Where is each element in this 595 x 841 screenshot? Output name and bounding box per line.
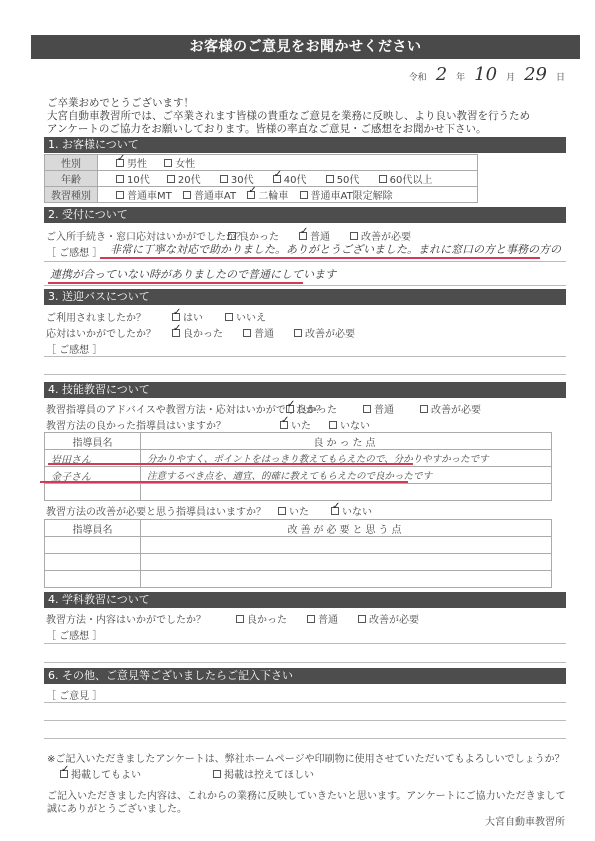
table-row bbox=[45, 484, 552, 501]
option-60s-plus[interactable]: 60代以上 bbox=[379, 171, 433, 186]
academic-comment-label: ［ ご感想 ］ bbox=[46, 627, 102, 642]
instructor-advice-row: 教習指導員のアドバイスや教習方法・応対はいかがでしたか？ 良かった 普通 改善が… bbox=[46, 401, 495, 416]
improve-instructor-question: 教習方法の改善が必要と思う指導員はいますか？ bbox=[46, 503, 278, 518]
section-academic-header: 4. 学科教習について bbox=[44, 592, 566, 608]
checkbox-icon[interactable] bbox=[228, 232, 236, 240]
option-label: 掲載してもよい bbox=[71, 766, 141, 781]
closing-text: ご記入いただきました内容は、これからの業務に反映していきたいと思います。アンケー… bbox=[47, 790, 587, 816]
option-no[interactable]: いいえ bbox=[225, 309, 266, 324]
option-label: 普通車AT限定解除 bbox=[311, 187, 393, 202]
section-bus-header: 3. 送迎バスについて bbox=[44, 289, 566, 305]
underline-mark bbox=[48, 463, 413, 465]
checkbox-icon[interactable] bbox=[278, 507, 286, 515]
comment-line[interactable] bbox=[44, 643, 566, 644]
reception-comment-line2[interactable]: 連携が合っていない時がありましたので普通にしています bbox=[50, 266, 336, 282]
option-at-limit-removal[interactable]: 普通車AT限定解除 bbox=[300, 187, 393, 202]
checkbox-icon[interactable] bbox=[326, 175, 334, 183]
intro-line: ご卒業おめでとうございます！ bbox=[47, 97, 587, 110]
reception-comment-label: ［ ご感想 ］ bbox=[46, 244, 102, 259]
checkbox-checked-icon[interactable] bbox=[60, 770, 68, 778]
course-label: 教習種別 bbox=[45, 187, 98, 203]
bus-usage-question: ご利用されましたか？ bbox=[46, 309, 172, 324]
option-label: 改善が必要 bbox=[305, 325, 355, 340]
option-male[interactable]: 男性 bbox=[116, 155, 147, 170]
option-label: 普通 bbox=[318, 611, 338, 626]
option-normal[interactable]: 普通 bbox=[307, 611, 338, 626]
good-point-cell[interactable] bbox=[141, 484, 552, 501]
option-label: 改善が必要 bbox=[431, 401, 481, 416]
section-driving-lessons-header: 4. 技能教習について bbox=[44, 382, 566, 398]
checkbox-checked-icon[interactable] bbox=[331, 507, 339, 515]
table-row-age: 年齢 10代 20代 30代 40代 50代 60代以上 bbox=[45, 171, 478, 187]
reception-comment-line1[interactable]: 非常に丁寧な対応で助かりました。ありがとうございました。まれに窓口の方と事務の方… bbox=[110, 241, 561, 257]
option-normal[interactable]: 普通 bbox=[243, 325, 274, 340]
option-label: 40代 bbox=[284, 171, 307, 186]
column-header-instructor: 指導員名 bbox=[45, 520, 141, 537]
checkbox-icon[interactable] bbox=[420, 405, 428, 413]
intro-line: 大宮自動車教習所では、ご卒業されます皆様の貴重なご意見を業務に反映し、より良い教… bbox=[47, 110, 587, 123]
option-female[interactable]: 女性 bbox=[164, 155, 195, 170]
improve-instructor-row: 教習方法の改善が必要と思う指導員はいますか？ いた いない bbox=[46, 503, 386, 518]
checkbox-icon[interactable] bbox=[116, 175, 124, 183]
comment-line bbox=[44, 261, 566, 262]
section-other-header: 6. その他、ご意見等ございましたらご記入下さい bbox=[44, 668, 566, 684]
academic-question: 教習方法・内容はいかがでしたか？ bbox=[46, 611, 236, 626]
checkbox-icon[interactable] bbox=[363, 405, 371, 413]
option-label: 女性 bbox=[175, 155, 195, 170]
checkbox-checked-icon[interactable] bbox=[172, 313, 180, 321]
checkbox-checked-icon[interactable] bbox=[116, 159, 124, 167]
checkbox-icon[interactable] bbox=[329, 421, 337, 429]
checkbox-checked-icon[interactable] bbox=[247, 191, 255, 199]
option-good[interactable]: 良かった bbox=[236, 611, 287, 626]
date-month-unit: 月 bbox=[506, 70, 515, 83]
instructor-name-cell[interactable] bbox=[45, 571, 141, 588]
checkbox-icon[interactable] bbox=[243, 329, 251, 337]
option-label: 普通車MT bbox=[127, 187, 172, 202]
comment-line[interactable] bbox=[44, 738, 566, 739]
option-motorcycle[interactable]: 二輪車 bbox=[247, 187, 288, 202]
date-field: 令和 2 年 10 月 29 日 bbox=[409, 64, 565, 86]
checkbox-icon[interactable] bbox=[167, 175, 175, 183]
date-era: 令和 bbox=[409, 70, 427, 83]
option-no[interactable]: いない bbox=[329, 417, 370, 432]
closing-line: ご記入いただきました内容は、これからの業務に反映していきたいと思います。アンケー… bbox=[47, 790, 587, 803]
option-no[interactable]: いない bbox=[331, 503, 372, 518]
date-year-unit: 年 bbox=[456, 70, 465, 83]
improve-point-cell[interactable] bbox=[141, 537, 552, 554]
checkbox-icon[interactable] bbox=[225, 313, 233, 321]
option-label: 掲載は控えてほしい bbox=[224, 766, 314, 781]
date-year[interactable]: 2 bbox=[436, 64, 447, 85]
option-10s[interactable]: 10代 bbox=[116, 171, 150, 186]
course-options: 普通車MT 普通車AT 二輪車 普通車AT限定解除 bbox=[98, 187, 478, 203]
closing-line: 誠にありがとうございました。 bbox=[47, 803, 587, 816]
checkbox-icon[interactable] bbox=[164, 159, 172, 167]
option-at[interactable]: 普通車AT bbox=[183, 187, 236, 202]
option-label: 良かった bbox=[183, 325, 223, 340]
checkbox-icon[interactable] bbox=[358, 615, 366, 623]
consent-question: ※ご記入いただきましたアンケートは、弊社ホームページや印刷物に使用させていただい… bbox=[47, 753, 587, 766]
improve-point-cell[interactable] bbox=[141, 571, 552, 588]
checkbox-icon[interactable] bbox=[236, 615, 244, 623]
date-month[interactable]: 10 bbox=[474, 64, 497, 85]
section-customer-header: 1. お客様について bbox=[44, 137, 566, 153]
bus-comment-label: ［ ご感想 ］ bbox=[46, 341, 102, 356]
table-row bbox=[45, 554, 552, 571]
checkbox-icon[interactable] bbox=[300, 191, 308, 199]
bus-service-question: 応対はいかがでしたか？ bbox=[46, 325, 172, 340]
instructor-name-cell[interactable] bbox=[45, 554, 141, 571]
option-label: いいえ bbox=[236, 309, 266, 324]
form-title: お客様のご意見をお聞かせください bbox=[31, 35, 580, 59]
signature: 大宮自動車教習所 bbox=[485, 816, 565, 829]
good-instructor-question: 教習方法の良かった指導員はいますか？ bbox=[46, 417, 280, 432]
option-label: 10代 bbox=[127, 171, 150, 186]
instructor-name-cell[interactable] bbox=[45, 484, 141, 501]
improve-instructor-table: 指導員名 改善が必要と思う点 bbox=[44, 519, 552, 588]
checkbox-icon[interactable] bbox=[307, 615, 315, 623]
option-good[interactable]: 良かった bbox=[286, 401, 337, 416]
option-label: 二輪車 bbox=[258, 187, 288, 202]
option-label: 男性 bbox=[127, 155, 147, 170]
option-label: 良かった bbox=[297, 401, 337, 416]
age-label: 年齢 bbox=[45, 171, 98, 187]
checkbox-checked-icon[interactable] bbox=[273, 175, 281, 183]
underline-mark bbox=[40, 481, 408, 483]
age-options: 10代 20代 30代 40代 50代 60代以上 bbox=[98, 171, 478, 187]
comment-line[interactable] bbox=[44, 662, 566, 663]
option-needs-improvement[interactable]: 改善が必要 bbox=[358, 611, 419, 626]
option-label: 普通 bbox=[374, 401, 394, 416]
date-day[interactable]: 29 bbox=[524, 64, 547, 85]
table-row-course: 教習種別 普通車MT 普通車AT 二輪車 普通車AT限定解除 bbox=[45, 187, 478, 203]
option-allow-publish[interactable]: 掲載してもよい bbox=[60, 766, 141, 781]
option-label: 良かった bbox=[247, 611, 287, 626]
column-header-improve-points: 改善が必要と思う点 bbox=[141, 520, 552, 537]
column-header-good-points: 良かった点 bbox=[141, 433, 552, 450]
option-50s[interactable]: 50代 bbox=[326, 171, 360, 186]
option-label: はい bbox=[183, 309, 203, 324]
bus-service-row: 応対はいかがでしたか？ 良かった 普通 改善が必要 bbox=[46, 325, 369, 340]
instructor-name-cell[interactable] bbox=[45, 537, 141, 554]
checkbox-icon[interactable] bbox=[350, 232, 358, 240]
option-needs-improvement[interactable]: 改善が必要 bbox=[294, 325, 355, 340]
comment-line[interactable] bbox=[44, 720, 566, 721]
option-label: いた bbox=[289, 503, 309, 518]
checkbox-icon[interactable] bbox=[116, 191, 124, 199]
instructor-advice-question: 教習指導員のアドバイスや教習方法・応対はいかがでしたか？ bbox=[46, 401, 286, 416]
underline-mark bbox=[100, 257, 540, 259]
comment-line bbox=[44, 285, 566, 286]
option-label: いない bbox=[340, 417, 370, 432]
good-instructor-table: 指導員名 良かった点 岩田さん 分かりやすく、ポイントをはっきり教えてもらえたの… bbox=[44, 432, 552, 501]
checkbox-checked-icon[interactable] bbox=[172, 329, 180, 337]
option-yes[interactable]: いた bbox=[278, 503, 309, 518]
consent-options-row: 掲載してもよい 掲載は控えてほしい bbox=[60, 766, 328, 781]
option-label: 改善が必要 bbox=[369, 611, 419, 626]
option-normal[interactable]: 普通 bbox=[363, 401, 394, 416]
option-label: いない bbox=[342, 503, 372, 518]
option-label: 普通車AT bbox=[194, 187, 236, 202]
intro-text: ご卒業おめでとうございます！ 大宮自動車教習所では、ご卒業されます皆様の貴重なご… bbox=[47, 97, 587, 136]
intro-line: アンケートのご協力をお願いしております。皆様の率直なご意見・ご感想をお聞かせ下さ… bbox=[47, 123, 587, 136]
gender-label: 性別 bbox=[45, 155, 98, 171]
improve-point-cell[interactable] bbox=[141, 554, 552, 571]
option-label: 60代以上 bbox=[390, 171, 433, 186]
option-good[interactable]: 良かった bbox=[172, 325, 223, 340]
checkbox-checked-icon[interactable] bbox=[280, 421, 288, 429]
table-row bbox=[45, 571, 552, 588]
underline-mark bbox=[48, 282, 303, 284]
option-label: 20代 bbox=[178, 171, 201, 186]
checkbox-checked-icon[interactable] bbox=[286, 405, 294, 413]
option-decline-publish[interactable]: 掲載は控えてほしい bbox=[213, 766, 314, 781]
checkbox-icon[interactable] bbox=[213, 770, 221, 778]
table-header-row: 指導員名 改善が必要と思う点 bbox=[45, 520, 552, 537]
option-20s[interactable]: 20代 bbox=[167, 171, 201, 186]
option-yes[interactable]: いた bbox=[280, 417, 311, 432]
customer-info-table: 性別 男性 女性 年齢 10代 20代 30代 40代 50代 60代以上 教習… bbox=[44, 154, 478, 203]
comment-line[interactable] bbox=[44, 702, 566, 703]
option-label: いた bbox=[291, 417, 311, 432]
checkbox-icon[interactable] bbox=[183, 191, 191, 199]
gender-options: 男性 女性 bbox=[98, 155, 478, 171]
comment-line[interactable] bbox=[44, 374, 566, 375]
table-header-row: 指導員名 良かった点 bbox=[45, 433, 552, 450]
section-reception-header: 2. 受付について bbox=[44, 207, 566, 223]
option-label: 50代 bbox=[337, 171, 360, 186]
checkbox-checked-icon[interactable] bbox=[299, 232, 307, 240]
column-header-instructor: 指導員名 bbox=[45, 433, 141, 450]
table-row bbox=[45, 537, 552, 554]
good-instructor-row: 教習方法の良かった指導員はいますか？ いた いない bbox=[46, 417, 384, 432]
option-40s[interactable]: 40代 bbox=[273, 171, 307, 186]
comment-line[interactable] bbox=[44, 356, 566, 357]
table-row-gender: 性別 男性 女性 bbox=[45, 155, 478, 171]
option-label: 普通 bbox=[254, 325, 274, 340]
checkbox-icon[interactable] bbox=[294, 329, 302, 337]
academic-question-row: 教習方法・内容はいかがでしたか？ 良かった 普通 改善が必要 bbox=[46, 611, 433, 626]
option-mt[interactable]: 普通車MT bbox=[116, 187, 172, 202]
option-needs-improvement[interactable]: 改善が必要 bbox=[420, 401, 481, 416]
checkbox-icon[interactable] bbox=[379, 175, 387, 183]
date-day-unit: 日 bbox=[556, 70, 565, 83]
checkbox-icon[interactable] bbox=[220, 175, 228, 183]
other-comment-label: ［ ご意見 ］ bbox=[46, 687, 102, 702]
bus-usage-row: ご利用されましたか？ はい いいえ bbox=[46, 309, 280, 324]
